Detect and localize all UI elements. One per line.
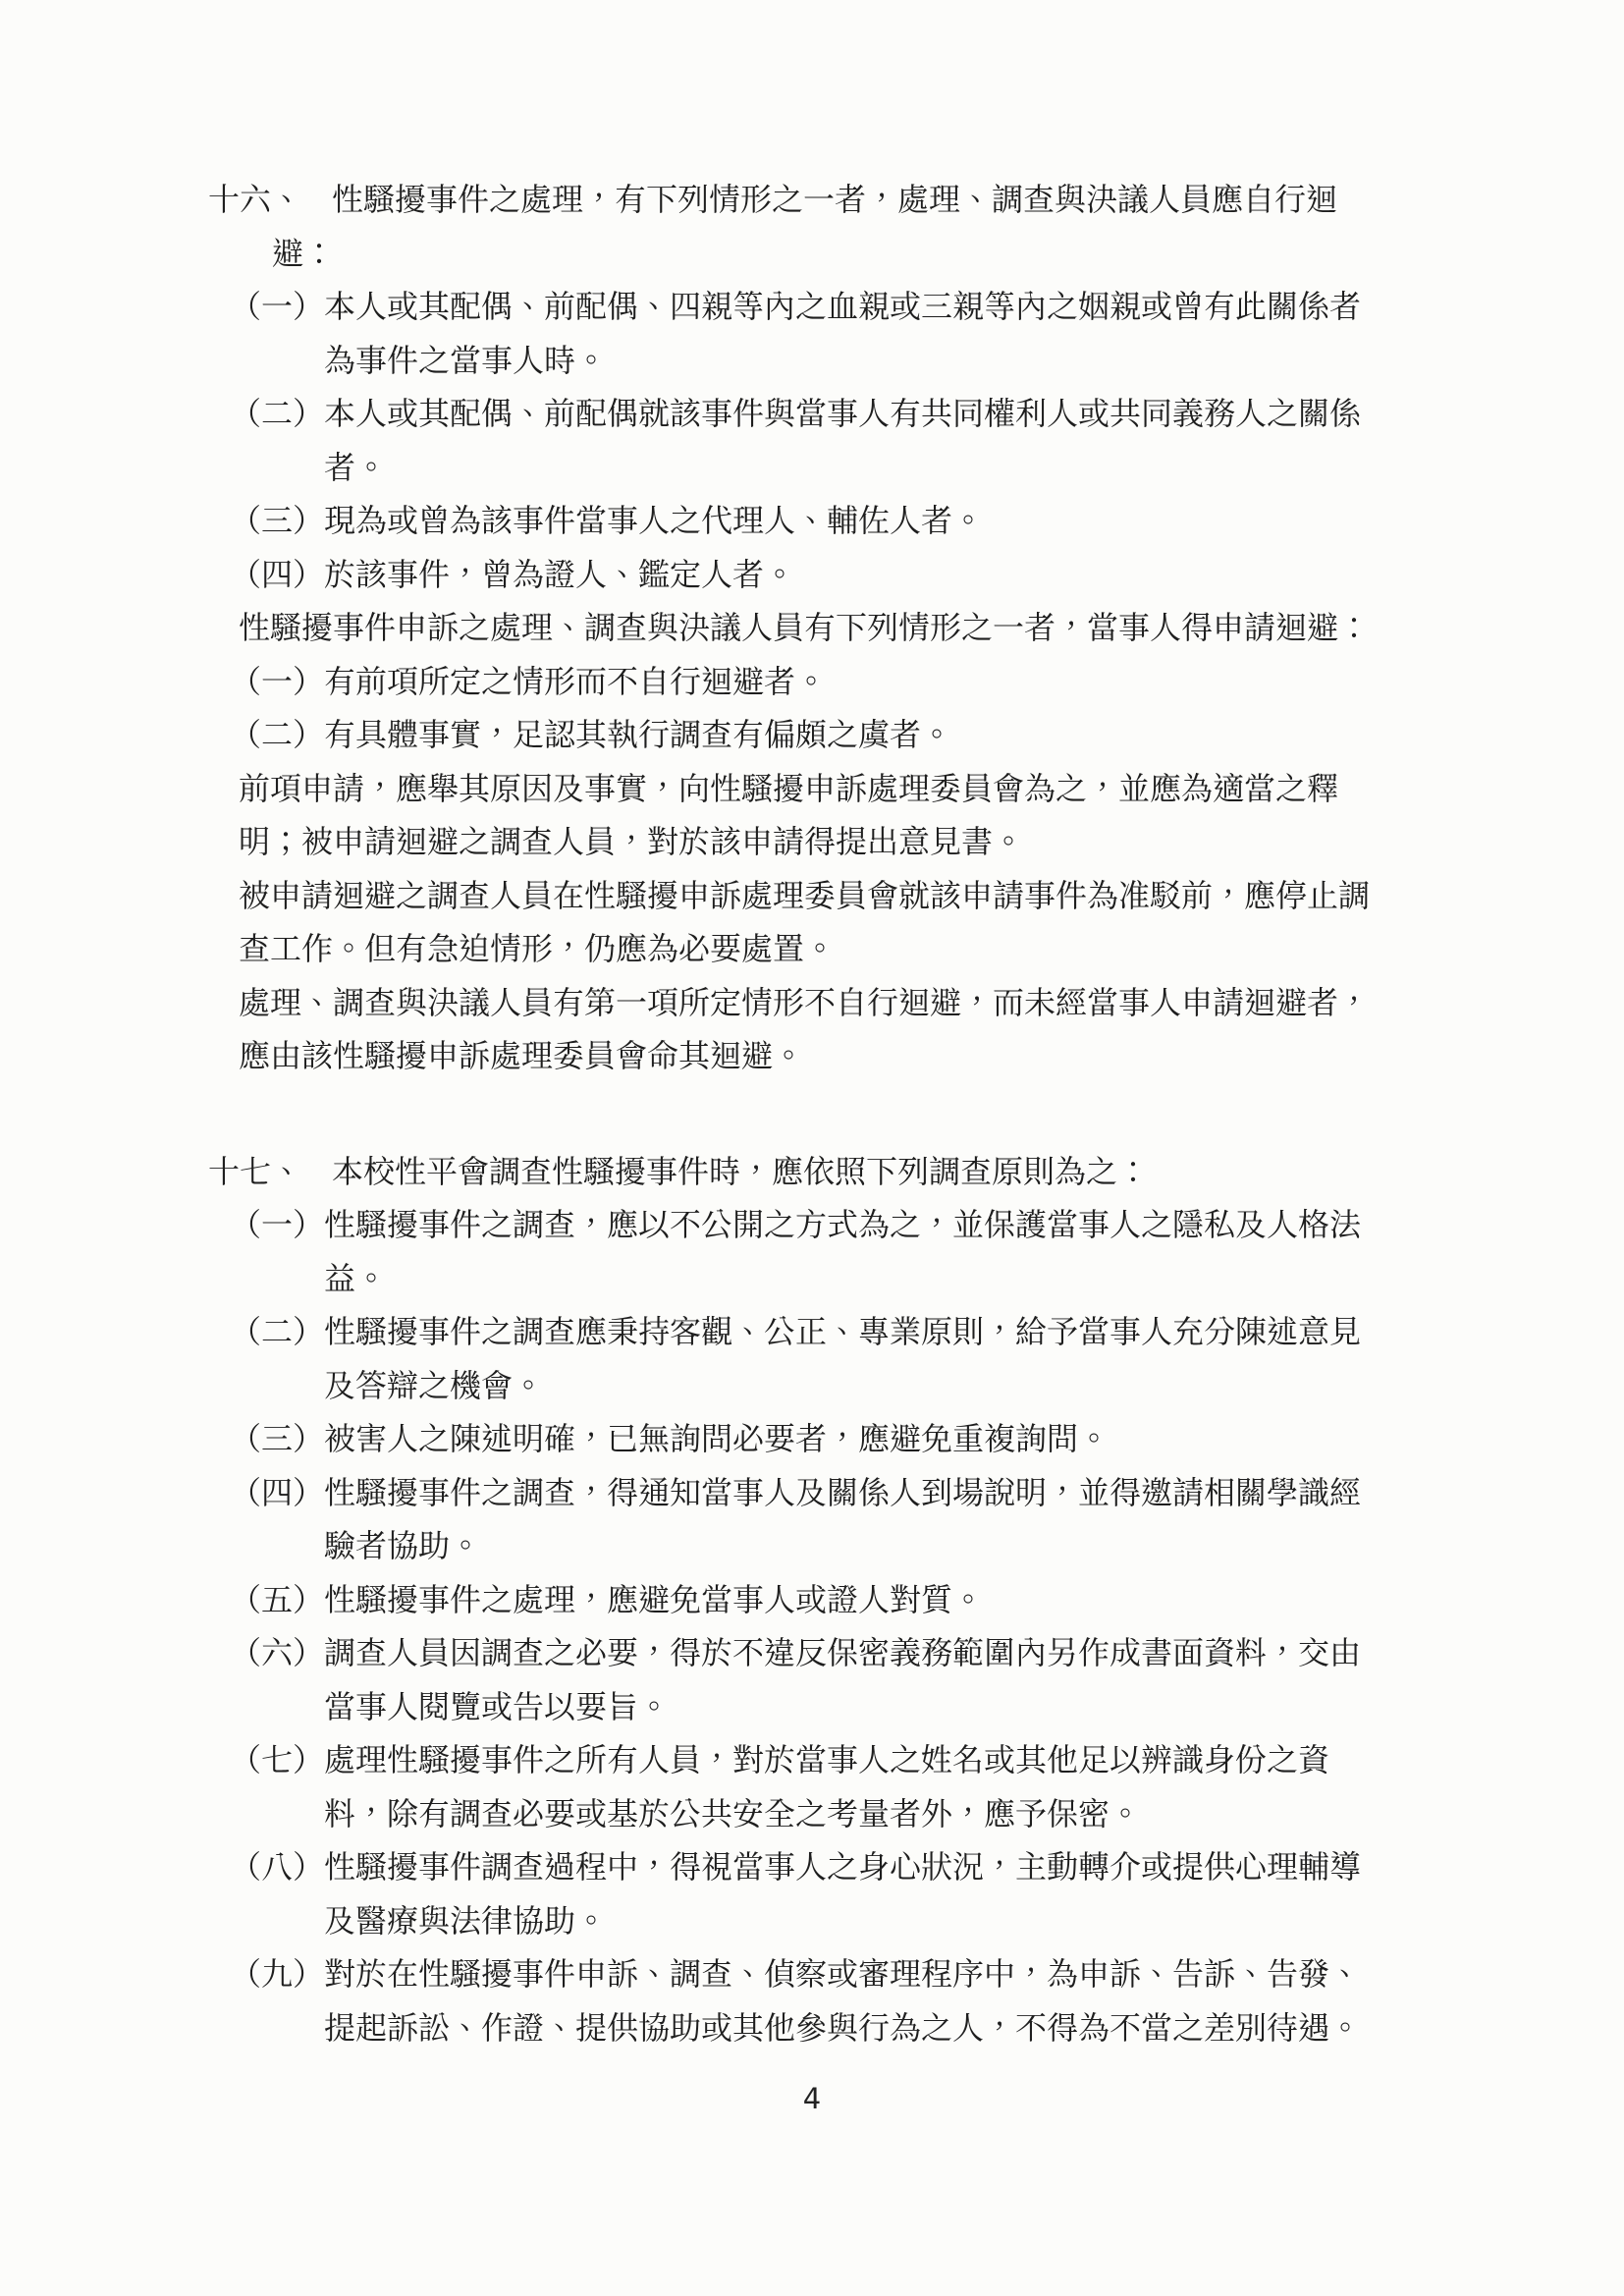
item-number: （二） bbox=[230, 1313, 324, 1350]
block-text: 本人或其配偶、前配偶、四親等內之血親或三親等內之姻親或曾有此關係者 為事件之當事… bbox=[324, 288, 1361, 379]
block-text: 性騷擾事件之調查，應以不公開之方式為之，並保護當事人之隱私及人格法 益。 bbox=[324, 1206, 1361, 1297]
item-number: （一） bbox=[230, 1206, 324, 1243]
block-text: 本校性平會調查性騷擾事件時，應依照下列調查原則為之： bbox=[332, 1153, 1149, 1190]
block-text: 性騷擾事件之調查應秉持客觀、公正、專業原則，給予當事人充分陳述意見 及答辯之機會… bbox=[324, 1313, 1361, 1404]
paragraph: 性騷擾事件申訴之處理、調查與決議人員有下列情形之一者，當事人得申請迴避： bbox=[0, 601, 1428, 655]
block-text: 對於在性騷擾事件申訴、調查、偵察或審理程序中，為申訴、告訴、告發、 提起訴訟、作… bbox=[324, 1955, 1361, 2047]
paragraph: 前項申請，應舉其原因及事實，向性騷擾申訴處理委員會為之，並應為適當之釋 明；被申… bbox=[0, 762, 1428, 869]
item-number: （二） bbox=[230, 716, 324, 753]
block-text: 於該事件，曾為證人、鑑定人者。 bbox=[324, 556, 795, 593]
document-content: 十六、性騷擾事件之處理，有下列情形之一者，處理、調查與決議人員應自行迴 避： （… bbox=[0, 173, 1624, 2054]
item-number: （三） bbox=[230, 502, 324, 539]
item-number: （六） bbox=[230, 1634, 324, 1671]
block-text: 有具體事實，足認其執行調查有偏頗之虞者。 bbox=[324, 716, 952, 753]
item-number: （二） bbox=[230, 395, 324, 432]
block-text: 有前項所定之情形而不自行迴避者。 bbox=[324, 663, 827, 700]
block-text: 前項申請，應舉其原因及事實，向性騷擾申訴處理委員會為之，並應為適當之釋 明；被申… bbox=[239, 770, 1338, 861]
block-text: 性騷擾事件之處理，有下列情形之一者，處理、調查與決議人員應自行迴 避： bbox=[272, 181, 1337, 272]
block-text: 現為或曾為該事件當事人之代理人、輔佐人者。 bbox=[324, 502, 984, 539]
block-text: 性騷擾事件之調查，得通知當事人及關係人到場說明，並得邀請相關學識經 驗者協助。 bbox=[324, 1474, 1361, 1565]
block-text: 調查人員因調查之必要，得於不違反保密義務範圍內另作成書面資料，交由 當事人閱覽或… bbox=[324, 1634, 1361, 1725]
item-number: （五） bbox=[230, 1581, 324, 1618]
item-number: （七） bbox=[230, 1741, 324, 1778]
list-item: （三）現為或曾為該事件當事人之代理人、輔佐人者。 bbox=[0, 494, 1428, 548]
block-text: 被害人之陳述明確，已無詢問必要者，應避免重複詢問。 bbox=[324, 1420, 1110, 1457]
list-item: （八）性騷擾事件調查過程中，得視當事人之身心狀況，主動轉介或提供心理輔導 及醫療… bbox=[0, 1840, 1428, 1947]
list-item: （一）有前項所定之情形而不自行迴避者。 bbox=[0, 655, 1428, 709]
article-heading: 十六、性騷擾事件之處理，有下列情形之一者，處理、調查與決議人員應自行迴 避： bbox=[0, 173, 1428, 280]
article-heading: 十七、本校性平會調查性騷擾事件時，應依照下列調查原則為之： bbox=[0, 1145, 1428, 1199]
block-text: 處理、調查與決議人員有第一項所定情形不自行迴避，而未經當事人申請迴避者， 應由該… bbox=[239, 984, 1370, 1075]
item-number: （一） bbox=[230, 663, 324, 700]
block-text: 性騷擾事件申訴之處理、調查與決議人員有下列情形之一者，當事人得申請迴避： bbox=[239, 609, 1370, 646]
item-number: （三） bbox=[230, 1420, 324, 1457]
list-item: （五）性騷擾事件之處理，應避免當事人或證人對質。 bbox=[0, 1573, 1428, 1627]
list-item: （九）對於在性騷擾事件申訴、調查、偵察或審理程序中，為申訴、告訴、告發、 提起訴… bbox=[0, 1947, 1428, 2054]
block-text: 性騷擾事件調查過程中，得視當事人之身心狀況，主動轉介或提供心理輔導 及醫療與法律… bbox=[324, 1848, 1361, 1940]
document-page: 十六、性騷擾事件之處理，有下列情形之一者，處理、調查與決議人員應自行迴 避： （… bbox=[0, 0, 1624, 2296]
list-item: （六）調查人員因調查之必要，得於不違反保密義務範圍內另作成書面資料，交由 當事人… bbox=[0, 1626, 1428, 1733]
list-item: （三）被害人之陳述明確，已無詢問必要者，應避免重複詢問。 bbox=[0, 1412, 1428, 1466]
list-item: （二）本人或其配偶、前配偶就該事件與當事人有共同權利人或共同義務人之關係 者。 bbox=[0, 387, 1428, 494]
list-item: （一）本人或其配偶、前配偶、四親等內之血親或三親等內之姻親或曾有此關係者 為事件… bbox=[0, 280, 1428, 387]
article-number: 十六、 bbox=[208, 181, 302, 218]
item-number: （一） bbox=[230, 288, 324, 325]
block-text: 性騷擾事件之處理，應避免當事人或證人對質。 bbox=[324, 1581, 984, 1618]
item-number: （九） bbox=[230, 1955, 324, 1993]
list-item: （七）處理性騷擾事件之所有人員，對於當事人之姓名或其他足以辨識身份之資 料，除有… bbox=[0, 1733, 1428, 1840]
paragraph: 被申請迴避之調查人員在性騷擾申訴處理委員會就該申請事件為准駁前，應停止調 查工作… bbox=[0, 869, 1428, 976]
page-number: 4 bbox=[0, 2072, 1624, 2126]
list-item: （二）性騷擾事件之調查應秉持客觀、公正、專業原則，給予當事人充分陳述意見 及答辯… bbox=[0, 1305, 1428, 1412]
block-text: 本人或其配偶、前配偶就該事件與當事人有共同權利人或共同義務人之關係 者。 bbox=[324, 395, 1361, 486]
block-text: 處理性騷擾事件之所有人員，對於當事人之姓名或其他足以辨識身份之資 料，除有調查必… bbox=[324, 1741, 1329, 1832]
list-item: （四）於該事件，曾為證人、鑑定人者。 bbox=[0, 548, 1428, 602]
list-item: （四）性騷擾事件之調查，得通知當事人及關係人到場說明，並得邀請相關學識經 驗者協… bbox=[0, 1466, 1428, 1573]
list-item: （一）性騷擾事件之調查，應以不公開之方式為之，並保護當事人之隱私及人格法 益。 bbox=[0, 1198, 1428, 1305]
item-number: （八） bbox=[230, 1848, 324, 1886]
article-number: 十七、 bbox=[208, 1153, 302, 1190]
paragraph: 處理、調查與決議人員有第一項所定情形不自行迴避，而未經當事人申請迴避者， 應由該… bbox=[0, 976, 1428, 1083]
item-number: （四） bbox=[230, 1474, 324, 1511]
item-number: （四） bbox=[230, 556, 324, 593]
list-item: （二）有具體事實，足認其執行調查有偏頗之虞者。 bbox=[0, 708, 1428, 762]
block-text: 被申請迴避之調查人員在性騷擾申訴處理委員會就該申請事件為准駁前，應停止調 查工作… bbox=[239, 877, 1370, 968]
